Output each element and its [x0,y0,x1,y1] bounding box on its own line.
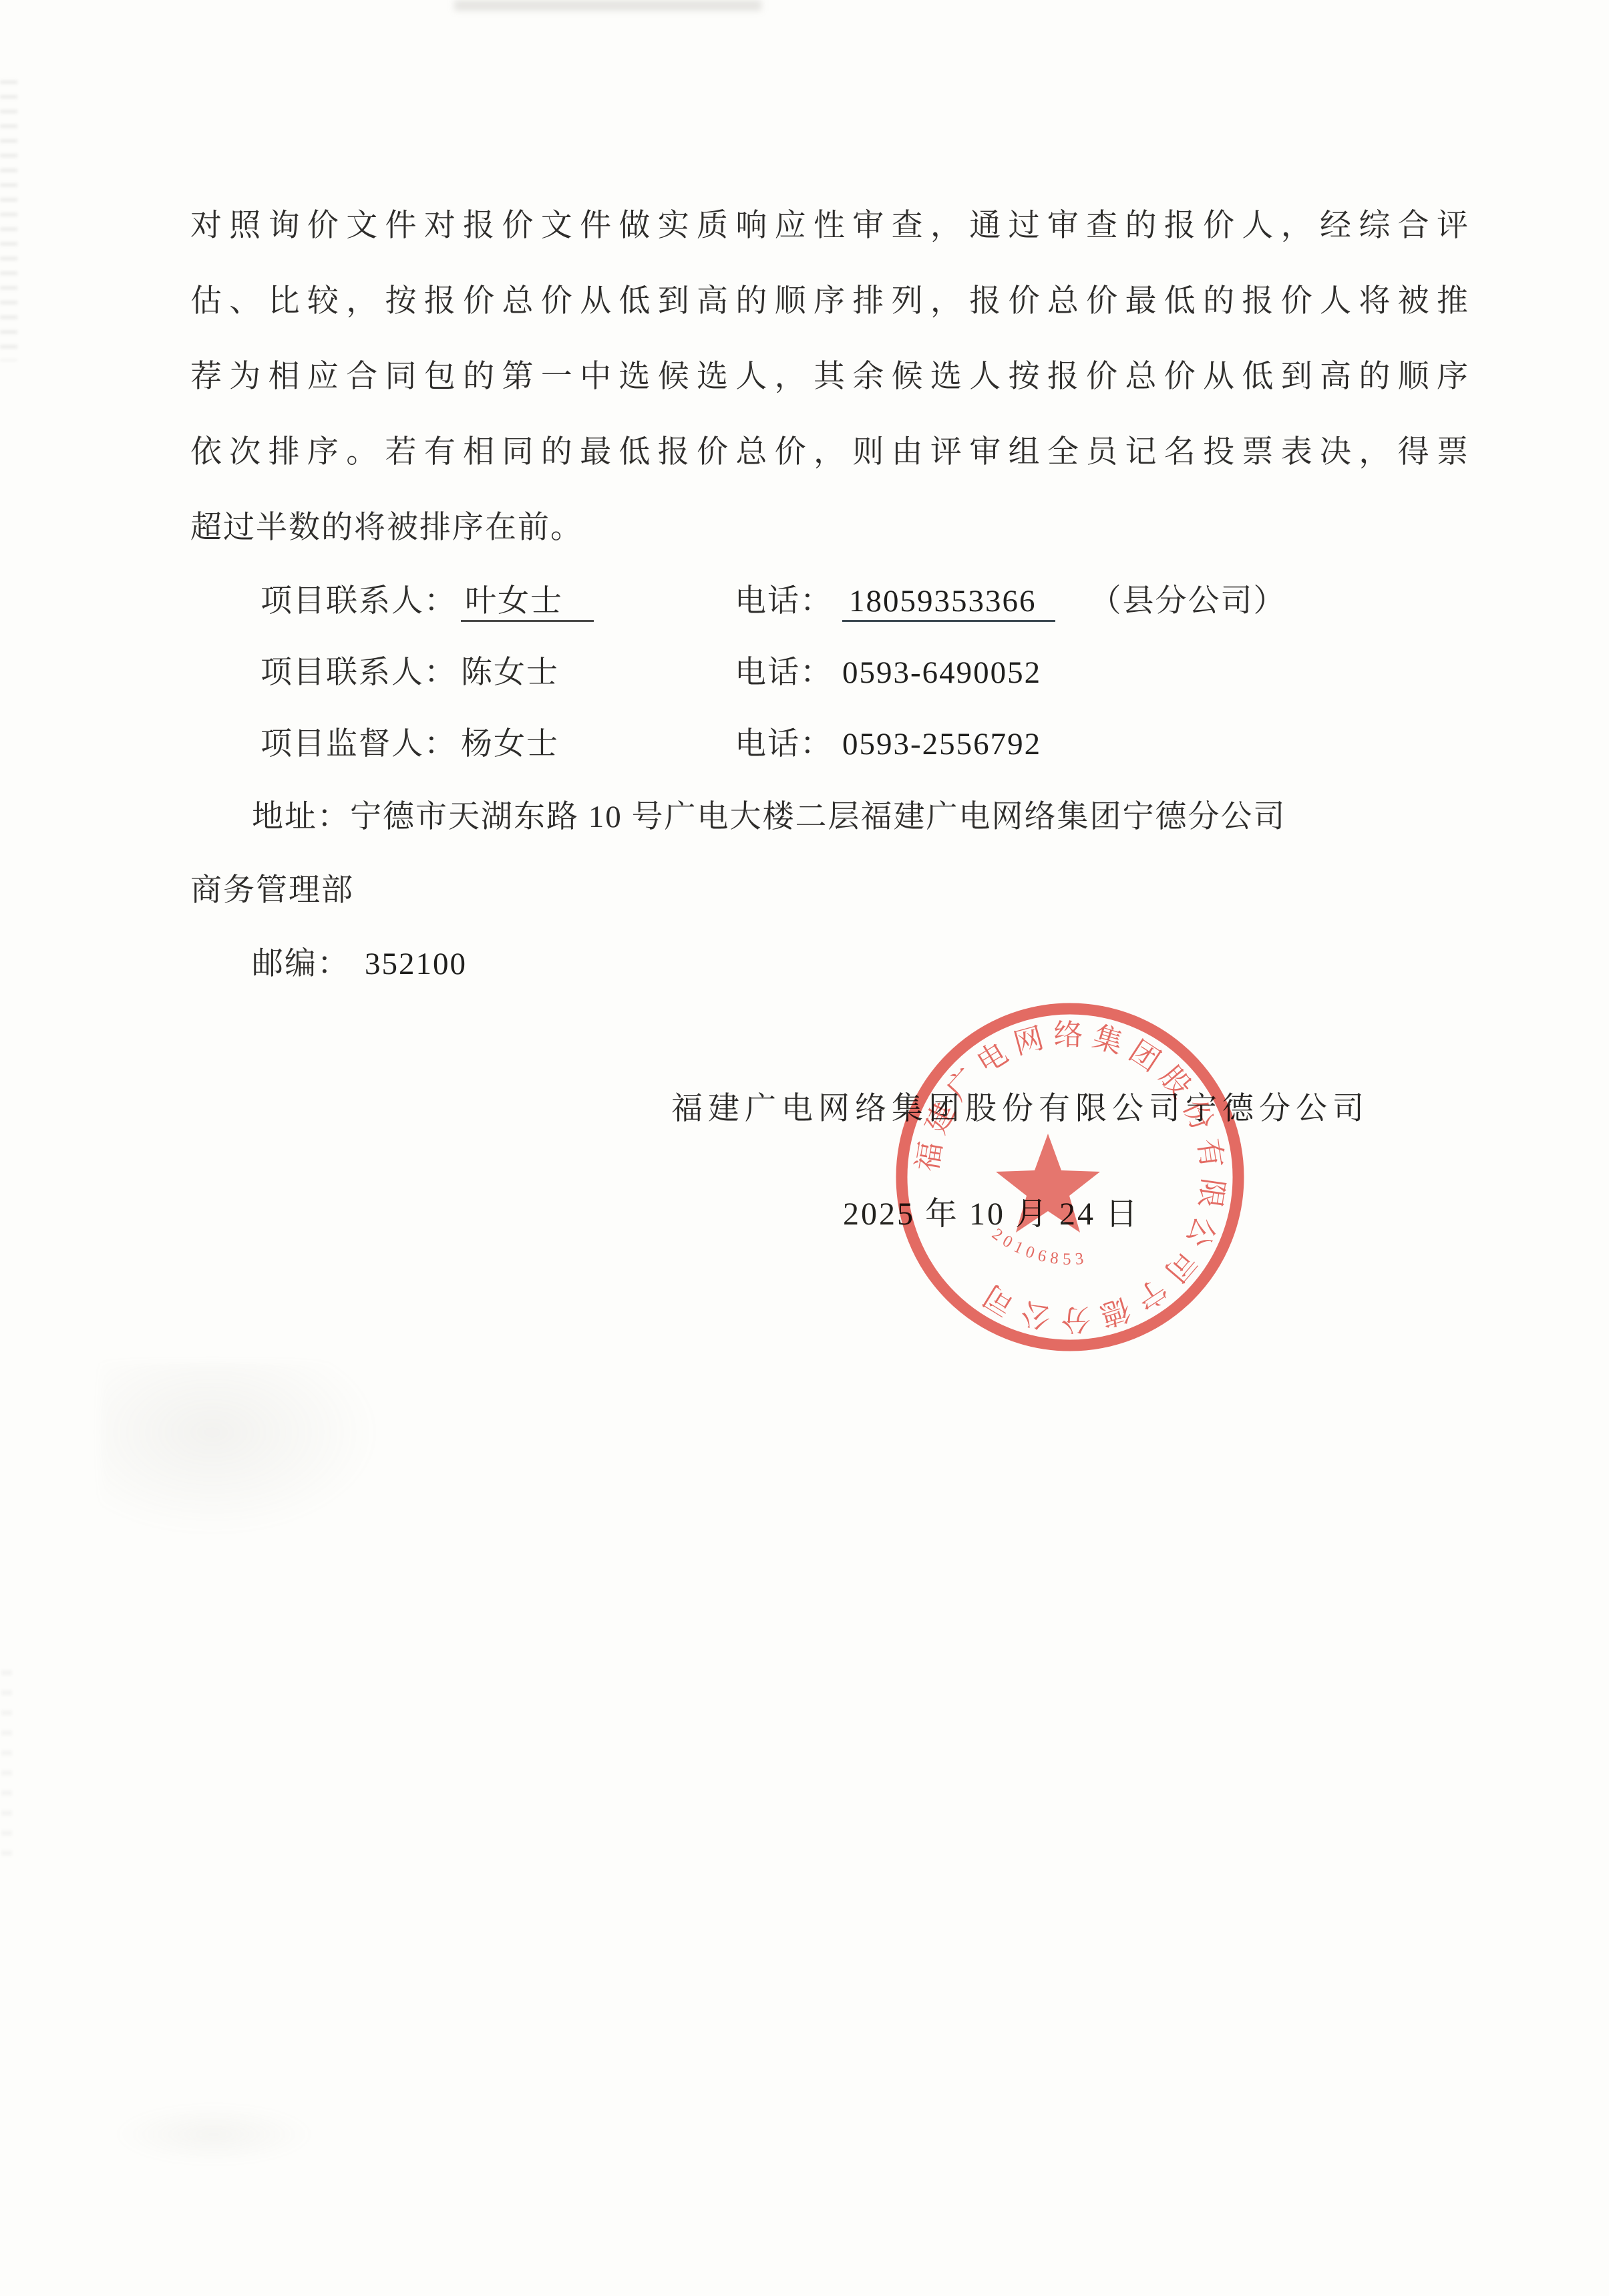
scan-artifact-top [454,0,761,11]
seal-star-icon [996,1134,1100,1233]
contact-phone-group: 电话：0593-6490052 [735,637,1041,709]
address-line: 地址：宁德市天湖东路 10 号广电大楼二层福建广电网络集团宁德分公司 [190,780,1469,854]
paragraph-line: 荐为相应合同包的第一中选候选人，其余候选人按报价总价从低到高的顺序 [190,339,1469,415]
contact-label: 项目联系人： [260,655,457,690]
phone-label: 电话： [735,584,833,619]
phone-number: 0593-2556792 [842,727,1041,762]
postal-code: 352100 [365,947,467,981]
paragraph-line: 依次排序。若有相同的最低报价总价，则由评审组全员记名投票表决，得票 [190,415,1469,490]
paragraph-line-text: 估、比较，按报价总价从低到高的顺序排列，报价总价最低的报价人将被推 [190,264,1469,339]
scan-artifact-left-edge [0,80,17,361]
contact-row: 项目联系人：陈女士 电话：0593-6490052 [190,637,1469,709]
paragraph-line: 对照询价文件对报价文件做实质响应性审查，通过审查的报价人，经综合评 [190,188,1469,264]
contact-phone-group: 电话：18059353366（县分公司） [735,566,1286,637]
paragraph-line-text: 超过半数的将被排序在前。 [190,510,583,545]
phone-label: 电话： [735,727,833,762]
contact-name: 叶女士 [461,584,594,622]
phone-label: 电话： [735,655,833,690]
paragraph-line-text: 荐为相应合同包的第一中选候选人，其余候选人按报价总价从低到高的顺序 [190,339,1469,415]
contact-row: 项目监督人：杨女士 电话：0593-2556792 [190,709,1469,780]
address-line-continued: 商务管理部 [190,854,1469,927]
phone-number: 18059353366 [842,584,1055,622]
official-red-seal: 福建广电网络集团股份有限公司宁德分公司 20106853 [883,990,1257,1364]
scanned-document-page: 对照询价文件对报价文件做实质响应性审查，通过审查的报价人，经综合评 估、比较，按… [0,0,1609,2296]
contact-label: 项目监督人： [260,727,457,762]
paragraph-line: 超过半数的将被排序在前。 [190,490,1469,566]
contact-phone-group: 电话：0593-2556792 [735,709,1041,780]
postal-label: 邮编： [252,947,350,981]
contact-label: 项目联系人： [260,584,457,619]
contact-row: 项目联系人：叶女士 电话：18059353366（县分公司） [190,566,1469,637]
seal-serial-number: 20106853 [989,1225,1089,1269]
scan-artifact-bottom [114,2104,314,2164]
paragraph-line: 估、比较，按报价总价从低到高的顺序排列，报价总价最低的报价人将被推 [190,264,1469,339]
postal-row: 邮编：352100 [190,927,1469,1001]
phone-note: （县分公司） [1090,584,1286,619]
paragraph-line-text: 对照询价文件对报价文件做实质响应性审查，通过审查的报价人，经综合评 [190,188,1469,264]
scan-artifact-middle [100,1363,381,1536]
phone-number: 0593-6490052 [842,655,1041,690]
contact-name: 陈女士 [461,655,559,690]
paragraph-line-text: 依次排序。若有相同的最低报价总价，则由评审组全员记名投票表决，得票 [190,415,1469,490]
document-body: 对照询价文件对报价文件做实质响应性审查，通过审查的报价人，经综合评 估、比较，按… [190,188,1469,1001]
contact-name: 杨女士 [461,727,559,762]
scan-artifact-left-edge-lower [1,1670,12,1870]
